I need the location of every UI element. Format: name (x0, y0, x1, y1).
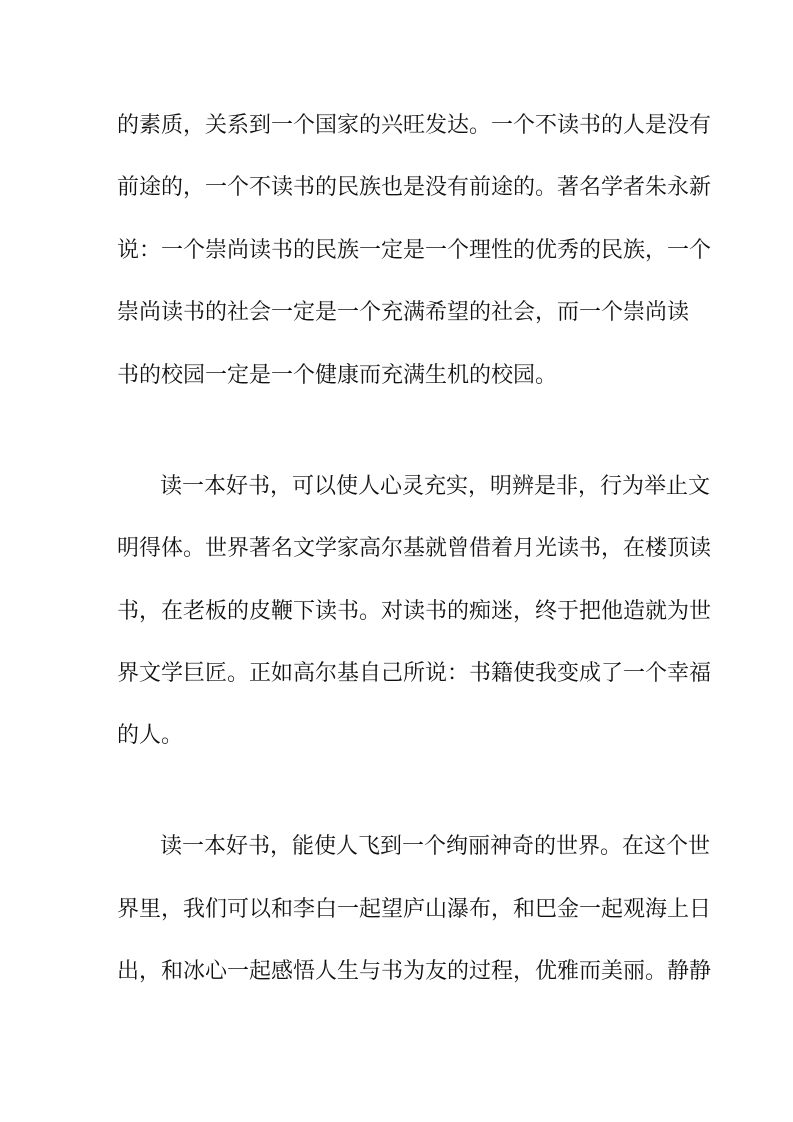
paragraph-line: 的素质，关系到一个国家的兴旺发达。一个不读书的人是没有 (117, 111, 677, 141)
paragraph-line: 读一本好书，可以使人心灵充实，明辨是非，行为举止文 (160, 472, 677, 502)
paragraph-line: 书的校园一定是一个健康而充满生机的校园。 (117, 361, 677, 391)
paragraph-line: 崇尚读书的社会一定是一个充满希望的社会，而一个崇尚读 (117, 298, 677, 328)
paragraph-line: 出，和冰心一起感悟人生与书为友的过程，优雅而美丽。静静 (117, 957, 677, 987)
paragraph-line: 界里，我们可以和李白一起望庐山瀑布，和巴金一起观海上日 (117, 895, 677, 925)
paragraph-line: 说：一个崇尚读书的民族一定是一个理性的优秀的民族，一个 (117, 236, 677, 266)
paragraph-line: 前途的，一个不读书的民族也是没有前途的。著名学者朱永新 (117, 173, 677, 203)
document-page: 的素质，关系到一个国家的兴旺发达。一个不读书的人是没有 前途的，一个不读书的民族… (0, 0, 793, 1122)
paragraph-line: 界文学巨匠。正如高尔基自己所说：书籍使我变成了一个幸福 (117, 659, 677, 689)
paragraph-line: 读一本好书，能使人飞到一个绚丽神奇的世界。在这个世 (160, 832, 677, 862)
paragraph-line: 明得体。世界著名文学家高尔基就曾借着月光读书，在楼顶读 (117, 534, 677, 564)
paragraph-line: 书，在老板的皮鞭下读书。对读书的痴迷，终于把他造就为世 (117, 597, 677, 627)
paragraph-line: 的人。 (117, 721, 677, 751)
